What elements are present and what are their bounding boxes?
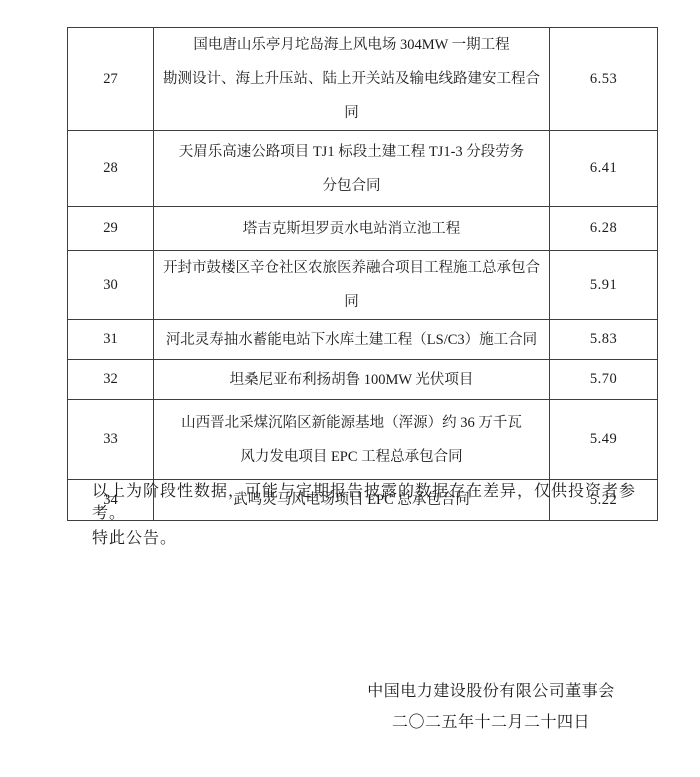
row-number: 28 bbox=[68, 131, 154, 207]
row-number: 27 bbox=[68, 28, 154, 131]
project-name: 天眉乐高速公路项目 TJ1 标段土建工程 TJ1-3 分段劳务 分包合同 bbox=[154, 131, 550, 207]
project-name: 开封市鼓楼区辛仓社区农旅医养融合项目工程施工总承包合同 bbox=[154, 251, 550, 320]
amount-value: 6.28 bbox=[550, 207, 658, 251]
project-name: 河北灵寿抽水蓄能电站下水库土建工程（LS/C3）施工合同 bbox=[154, 320, 550, 360]
amount-value: 6.53 bbox=[550, 28, 658, 131]
amount-value: 5.91 bbox=[550, 251, 658, 320]
table-row: 28 天眉乐高速公路项目 TJ1 标段土建工程 TJ1-3 分段劳务 分包合同 … bbox=[68, 131, 658, 207]
closing-paragraph: 特此公告。 bbox=[92, 528, 667, 550]
table-row: 31 河北灵寿抽水蓄能电站下水库土建工程（LS/C3）施工合同 5.83 bbox=[68, 320, 658, 360]
project-name: 坦桑尼亚布利扬胡鲁 100MW 光伏项目 bbox=[154, 360, 550, 400]
announcement-page: 27 国电唐山乐亭月坨岛海上风电场 304MW 一期工程 勘测设计、海上升压站、… bbox=[0, 0, 700, 777]
row-number: 33 bbox=[68, 400, 154, 480]
issuer-name: 中国电力建设股份有限公司董事会 bbox=[341, 676, 641, 707]
disclaimer-paragraph: 以上为阶段性数据，可能与定期报告披露的数据存在差异，仅供投资者参考。 bbox=[92, 481, 667, 526]
project-name: 塔吉克斯坦罗贡水电站消立池工程 bbox=[154, 207, 550, 251]
table-row: 32 坦桑尼亚布利扬胡鲁 100MW 光伏项目 5.70 bbox=[68, 360, 658, 400]
row-number: 32 bbox=[68, 360, 154, 400]
amount-value: 5.83 bbox=[550, 320, 658, 360]
row-number: 29 bbox=[68, 207, 154, 251]
amount-value: 6.41 bbox=[550, 131, 658, 207]
row-number: 31 bbox=[68, 320, 154, 360]
announcement-date: 二〇二五年十二月二十四日 bbox=[341, 707, 641, 738]
table-row: 33 山西晋北采煤沉陷区新能源基地（浑源）约 36 万千瓦 风力发电项目 EPC… bbox=[68, 400, 658, 480]
table-row: 29 塔吉克斯坦罗贡水电站消立池工程 6.28 bbox=[68, 207, 658, 251]
table-row: 30 开封市鼓楼区辛仓社区农旅医养融合项目工程施工总承包合同 5.91 bbox=[68, 251, 658, 320]
project-name: 国电唐山乐亭月坨岛海上风电场 304MW 一期工程 勘测设计、海上升压站、陆上开… bbox=[154, 28, 550, 131]
contracts-table: 27 国电唐山乐亭月坨岛海上风电场 304MW 一期工程 勘测设计、海上升压站、… bbox=[67, 27, 658, 521]
amount-value: 5.70 bbox=[550, 360, 658, 400]
project-name: 山西晋北采煤沉陷区新能源基地（浑源）约 36 万千瓦 风力发电项目 EPC 工程… bbox=[154, 400, 550, 480]
signature-block: 中国电力建设股份有限公司董事会 二〇二五年十二月二十四日 bbox=[341, 676, 641, 738]
amount-value: 5.49 bbox=[550, 400, 658, 480]
table-row: 27 国电唐山乐亭月坨岛海上风电场 304MW 一期工程 勘测设计、海上升压站、… bbox=[68, 28, 658, 131]
row-number: 30 bbox=[68, 251, 154, 320]
